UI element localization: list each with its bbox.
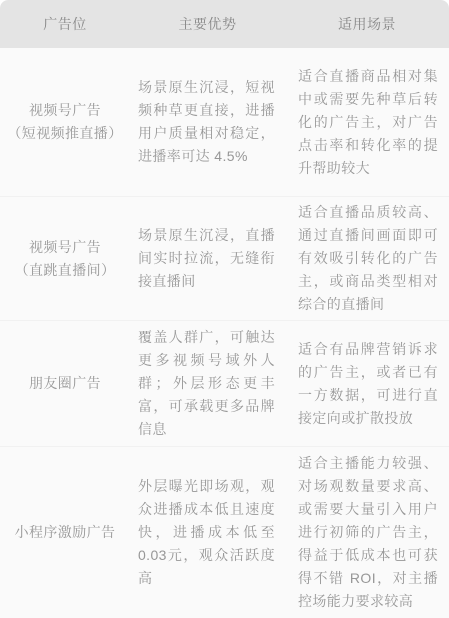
placement-subname: （直跳直播间） xyxy=(4,259,126,282)
table-header-row: 广告位 主要优势 适用场景 xyxy=(0,0,449,48)
cell-scenarios: 适合主播能力较强、对场观数量要求高、或需要大量引入用户进行初筛的广告主，得益于低… xyxy=(285,452,449,613)
cell-placement: 视频号广告 （短视频推直播） xyxy=(0,99,130,145)
cell-placement: 小程序激励广告 xyxy=(0,521,130,544)
table-row: 视频号广告 （直跳直播间） 场景原生沉浸，直播间实时拉流，无缝衔接直播间 适合直… xyxy=(0,196,449,320)
placement-name: 小程序激励广告 xyxy=(4,521,126,544)
cell-advantages: 场景原生沉浸，短视频种草更直接，进播用户质量相对稳定，进播率可达 4.5% xyxy=(130,76,285,168)
page: 广告位 主要优势 适用场景 视频号广告 （短视频推直播） 场景原生沉浸，短视频种… xyxy=(0,0,449,618)
ad-placement-comparison-table: 广告位 主要优势 适用场景 视频号广告 （短视频推直播） 场景原生沉浸，短视频种… xyxy=(0,0,449,618)
table-row: 小程序激励广告 外层曝光即场观，观众进播成本低且速度快，进播成本低至0.03元，… xyxy=(0,446,449,618)
placement-subname: （短视频推直播） xyxy=(4,122,126,145)
column-header-advantages: 主要优势 xyxy=(130,14,285,34)
cell-advantages: 覆盖人群广，可触达更多视频号域外人群；外层形态更丰富，可承载更多品牌信息 xyxy=(130,326,285,441)
column-header-scenarios: 适用场景 xyxy=(285,14,449,34)
placement-name: 朋友圈广告 xyxy=(4,372,126,395)
cell-scenarios: 适合直播品质较高、通过直播间画面即可有效吸引转化的广告主，或商品类型相对综合的直… xyxy=(285,201,449,316)
placement-name: 视频号广告 xyxy=(4,99,126,122)
table-row: 朋友圈广告 覆盖人群广，可触达更多视频号域外人群；外层形态更丰富，可承载更多品牌… xyxy=(0,320,449,446)
cell-scenarios: 适合直播商品相对集中或需要先种草后转化的广告主，对广告点击率和转化率的提升帮助较… xyxy=(285,65,449,180)
table-body: 视频号广告 （短视频推直播） 场景原生沉浸，短视频种草更直接，进播用户质量相对稳… xyxy=(0,48,449,618)
cell-advantages: 场景原生沉浸，直播间实时拉流，无缝衔接直播间 xyxy=(130,224,285,293)
table-row: 视频号广告 （短视频推直播） 场景原生沉浸，短视频种草更直接，进播用户质量相对稳… xyxy=(0,48,449,196)
placement-name: 视频号广告 xyxy=(4,236,126,259)
column-header-placement: 广告位 xyxy=(0,14,130,34)
cell-scenarios: 适合有品牌营销诉求的广告主，或者已有一方数据，可进行直接定向或扩散投放 xyxy=(285,338,449,430)
cell-advantages: 外层曝光即场观，观众进播成本低且速度快，进播成本低至0.03元，观众活跃度高 xyxy=(130,475,285,590)
cell-placement: 朋友圈广告 xyxy=(0,372,130,395)
cell-placement: 视频号广告 （直跳直播间） xyxy=(0,236,130,282)
